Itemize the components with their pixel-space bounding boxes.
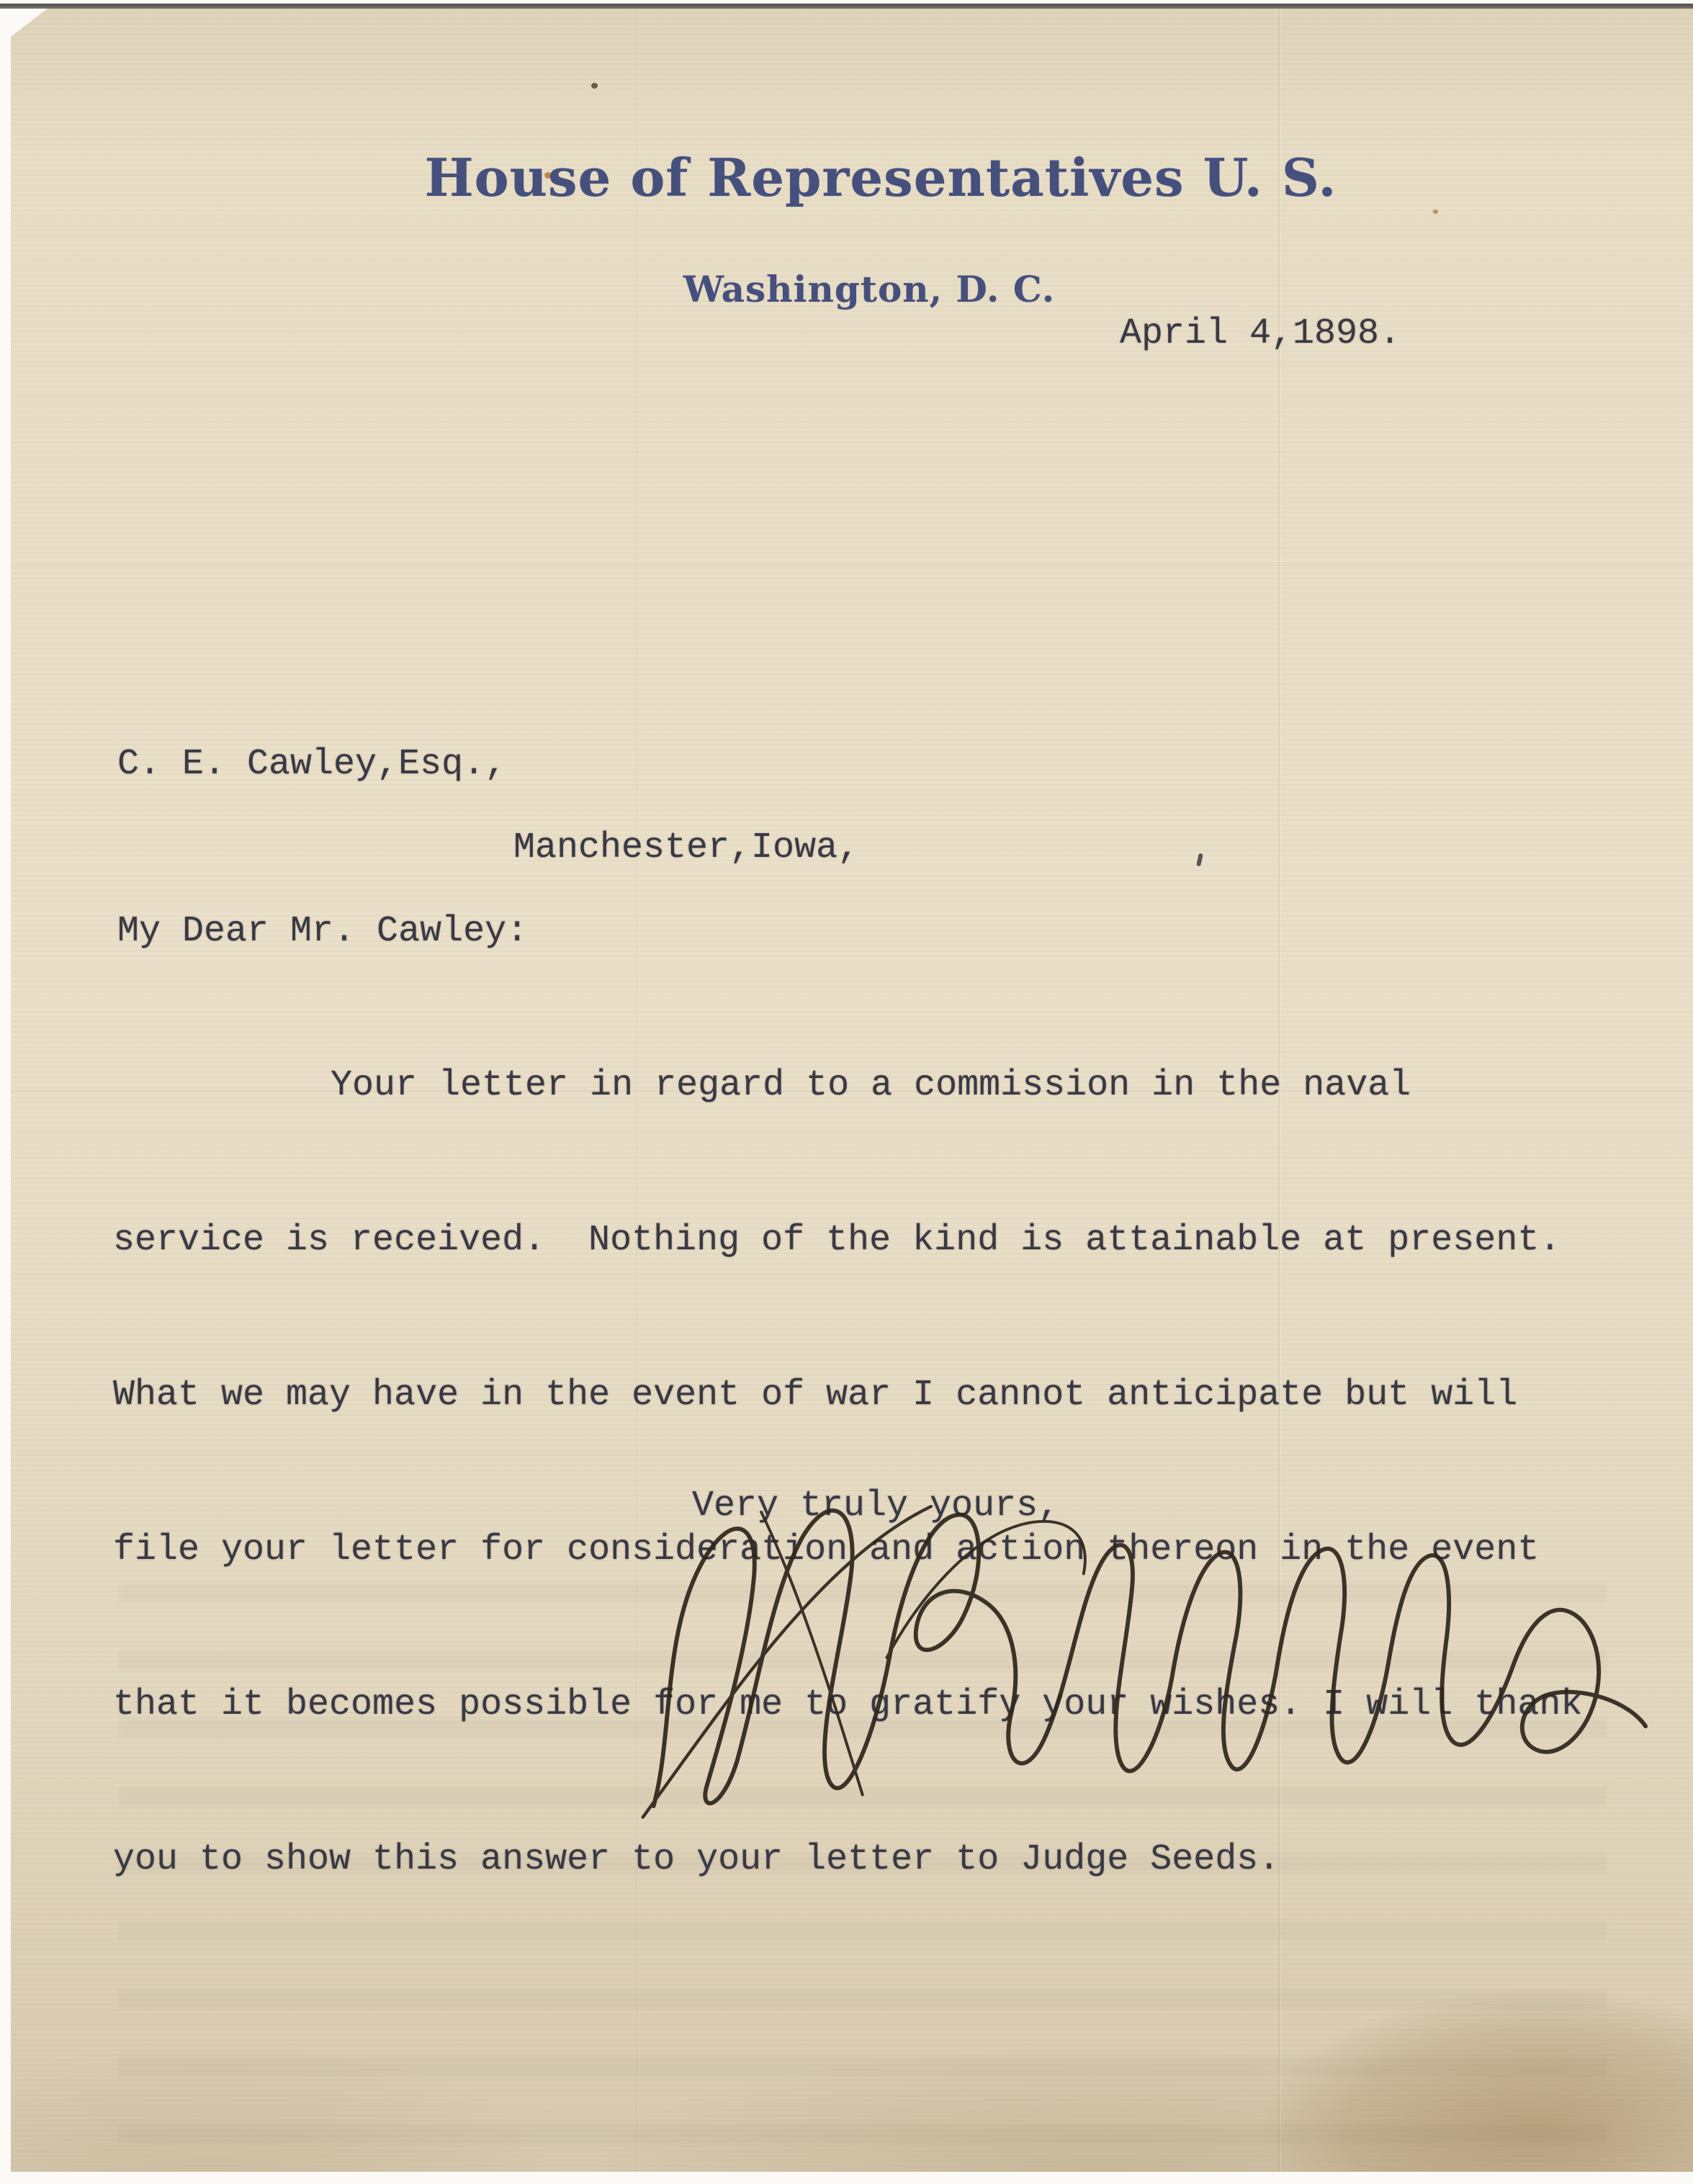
rust-speck: [1433, 210, 1438, 214]
body-line: Your letter in regard to a commission in…: [113, 1068, 1582, 1151]
letterhead-city-text: Washington, D. C.: [683, 268, 1055, 310]
signature-handwriting: D B Henderson: [621, 1483, 1656, 1833]
salutation: My Dear Mr. Cawley:: [117, 914, 528, 950]
body-line: What we may have in the event of war I c…: [113, 1378, 1582, 1460]
body-line: you to show this answer to your letter t…: [113, 1842, 1582, 1925]
letter-paper: House of Representatives U. S. Washingto…: [11, 8, 1693, 2172]
body-line: service is received. Nothing of the kind…: [113, 1223, 1582, 1306]
signature-ink-strokes: [621, 1483, 1656, 1833]
letterhead-city: Washington, D. C.: [11, 271, 1693, 307]
letterhead-organization: House of Representatives U. S.: [11, 152, 1693, 204]
recipient-address: Manchester,Iowa,: [513, 830, 859, 866]
scan-background: House of Representatives U. S. Washingto…: [0, 0, 1693, 2184]
recipient-name: C. E. Cawley,Esq.,: [117, 747, 506, 783]
ink-speck: [591, 83, 598, 89]
date-line: April 4,1898.: [1120, 316, 1401, 352]
scan-edge-shadow: [0, 4, 1693, 9]
horizontal-fold-crease: [11, 565, 1693, 567]
stray-ink-mark: [1196, 853, 1203, 867]
letterhead-organization-text: House of Representatives U. S.: [425, 147, 1337, 208]
